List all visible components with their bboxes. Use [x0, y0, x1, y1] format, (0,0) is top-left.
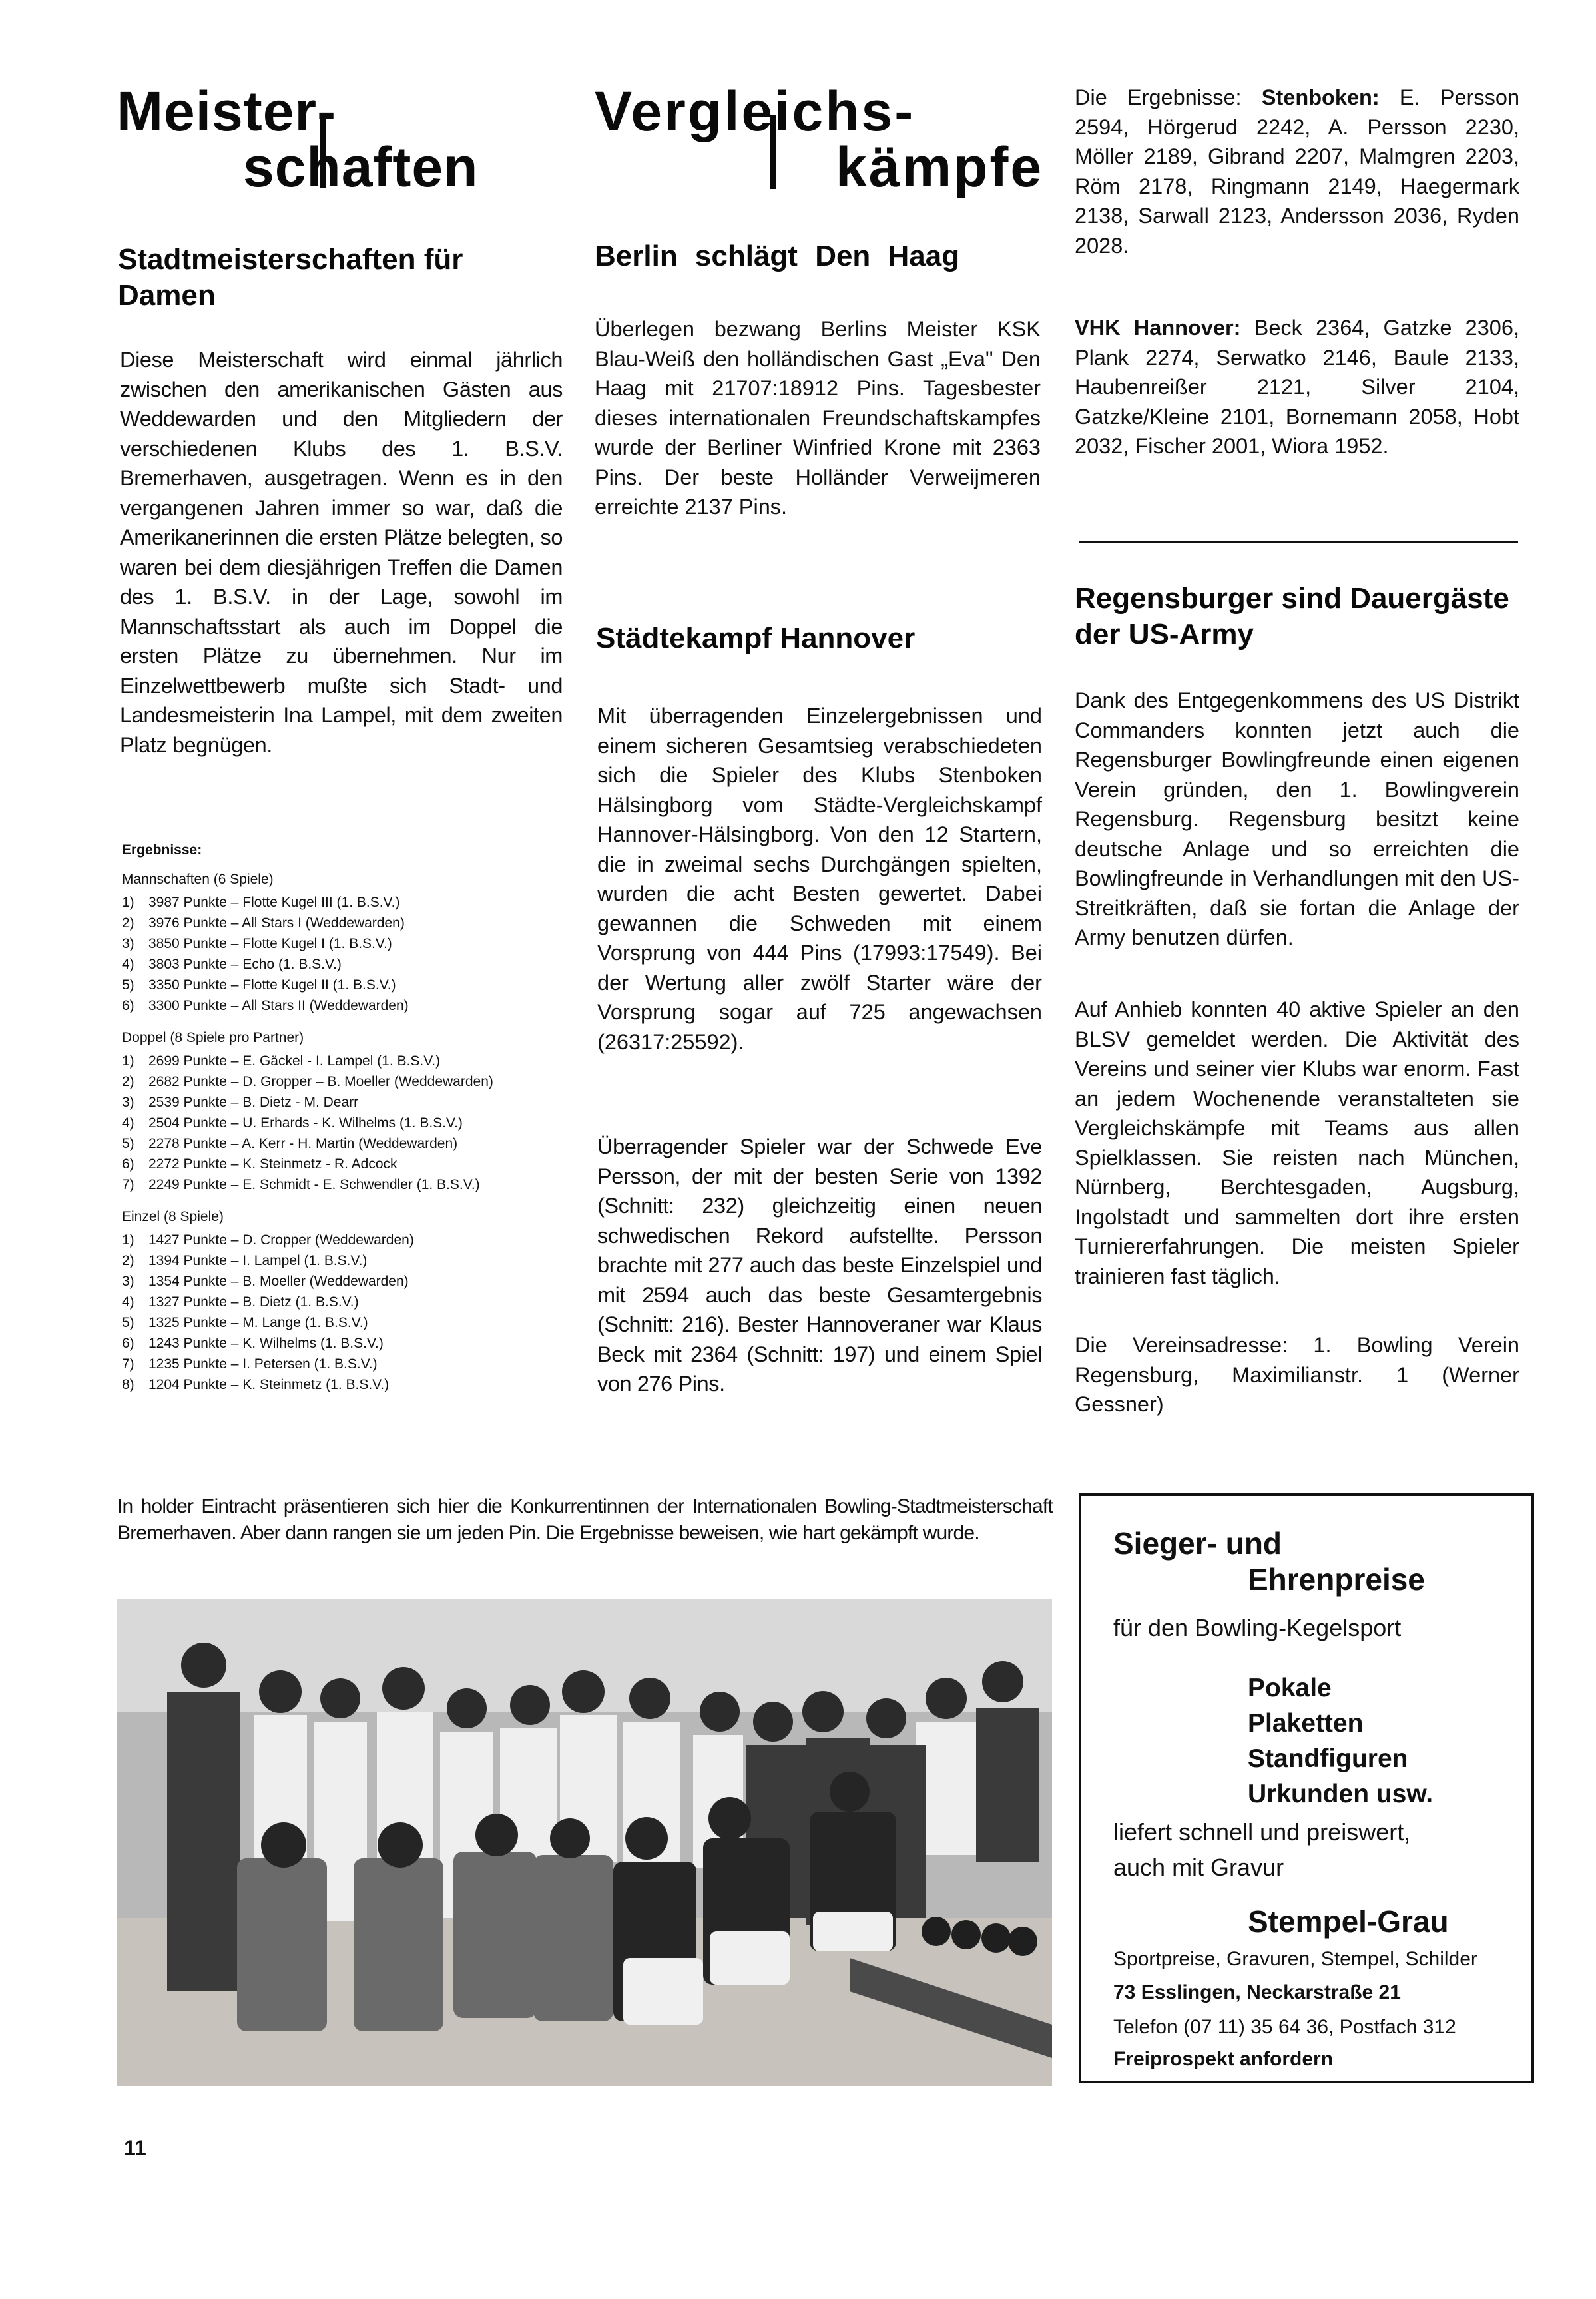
- headline-regensburger: Regensburger sind Dauergäste der US-Army: [1075, 581, 1534, 652]
- ad-address: 73 Esslingen, Neckarstraße 21: [1113, 1979, 1401, 2006]
- results-row: 3)1354 Punkte – B. Moeller (Weddewarden): [122, 1271, 561, 1292]
- section-title-vergleichskaempfe: Vergleichs- kämpfe: [595, 83, 1061, 195]
- stenboken-label: Stenboken:: [1262, 85, 1380, 109]
- section-title-line2: kämpfe: [595, 139, 1061, 195]
- ad-cta: Freiprospekt anfordern: [1113, 2046, 1333, 2073]
- results-list-doppel: 1)2699 Punkte – E. Gäckel - I. Lampel (1…: [122, 1051, 561, 1195]
- results-row: 2)1394 Punkte – I. Lampel (1. B.S.V.): [122, 1250, 561, 1271]
- results-row: 8)1204 Punkte – K. Steinmetz (1. B.S.V.): [122, 1374, 561, 1395]
- ad-contact: Telefon (07 11) 35 64 36, Postfach 312: [1113, 2014, 1456, 2041]
- results-category-title: Mannschaften (6 Spiele): [122, 870, 561, 890]
- results-row: 6)3300 Punkte – All Stars II (Weddewarde…: [122, 995, 561, 1016]
- results-intro: Die Ergebnisse:: [1075, 85, 1242, 109]
- group-photo-icon: [117, 1599, 1052, 2086]
- article-body-berlin-den-haag: Überlegen bezwang Berlins Meister KSK Bl…: [595, 314, 1041, 522]
- title-divider-bar: [770, 115, 776, 189]
- results-list-einzel: 1)1427 Punkte – D. Cropper (Weddewarden)…: [122, 1230, 561, 1395]
- ad-title-line2: Ehrenpreise: [1248, 1561, 1425, 1597]
- results-row: 5)3350 Punkte – Flotte Kugel II (1. B.S.…: [122, 975, 561, 995]
- results-row: 7)1235 Punkte – I. Petersen (1. B.S.V.): [122, 1354, 561, 1374]
- results-heading: Ergebnisse:: [122, 840, 561, 860]
- article-body-staedtekampf-2: Überragender Spieler war der Schwede Eve…: [597, 1132, 1042, 1399]
- headline-staedtekampf-hannover: Städtekampf Hannover: [596, 621, 1042, 656]
- results-category-title: Doppel (8 Spiele pro Partner): [122, 1028, 561, 1048]
- results-row: 6)2272 Punkte – K. Steinmetz - R. Adcock: [122, 1154, 561, 1174]
- results-row: 4)1327 Punkte – B. Dietz (1. B.S.V.): [122, 1292, 561, 1312]
- ad-subtitle: für den Bowling-Kegelsport: [1113, 1611, 1401, 1645]
- ad-item: Pokale: [1248, 1670, 1332, 1706]
- ad-services: Sportpreise, Gravuren, Stempel, Schilder: [1113, 1946, 1477, 1973]
- results-row: 2)2682 Punkte – D. Gropper – B. Moeller …: [122, 1071, 561, 1092]
- headline-berlin-den-haag: Berlin schlägt Den Haag: [595, 238, 1041, 274]
- article-body-regensburg-1: Dank des Entgegenkommens des US Distrikt…: [1075, 686, 1519, 953]
- results-row: 3)2539 Punkte – B. Dietz - M. Dearr: [122, 1092, 561, 1113]
- results-row: 4)2504 Punkte – U. Erhards - K. Wilhelms…: [122, 1113, 561, 1133]
- section-title-line2: schaften: [117, 139, 583, 195]
- section-title-meisterschaften: Meister- schaften: [117, 83, 583, 195]
- stenboken-results: Die Ergebnisse: Stenboken: E. Persson 25…: [1075, 83, 1519, 260]
- stenboken-scores: E. Persson 2594, Hörgerud 2242, A. Perss…: [1075, 85, 1519, 258]
- results-row: 5)1325 Punkte – M. Lange (1. B.S.V.): [122, 1312, 561, 1333]
- results-list-mannschaften: 1)3987 Punkte – Flotte Kugel III (1. B.S…: [122, 892, 561, 1016]
- results-block: Ergebnisse: Mannschaften (6 Spiele) 1)39…: [122, 840, 561, 1395]
- results-row: 2)3976 Punkte – All Stars I (Weddewarden…: [122, 913, 561, 933]
- ad-title-line1: Sieger- und: [1113, 1525, 1282, 1561]
- ad-company-name: Stempel-Grau: [1248, 1904, 1449, 1939]
- results-row: 5)2278 Punkte – A. Kerr - H. Martin (Wed…: [122, 1133, 561, 1154]
- article-body-staedtekampf-1: Mit überragenden Einzelergebnissen und e…: [597, 701, 1042, 1057]
- headline-stadtmeisterschaften: Stadtmeisterschaften für Damen: [118, 242, 531, 314]
- ad-item: Plaketten: [1248, 1706, 1363, 1741]
- ad-delivery-line1: liefert schnell und preiswert,: [1113, 1815, 1410, 1850]
- results-row: 7)2249 Punkte – E. Schmidt - E. Schwendl…: [122, 1174, 561, 1195]
- group-photo: [117, 1599, 1052, 2086]
- results-row: 1)2699 Punkte – E. Gäckel - I. Lampel (1…: [122, 1051, 561, 1071]
- article-body-regensburg-3: Die Vereinsadresse: 1. Bowling Verein Re…: [1075, 1330, 1519, 1419]
- results-row: 4)3803 Punkte – Echo (1. B.S.V.): [122, 954, 561, 975]
- ad-item: Urkunden usw.: [1248, 1776, 1433, 1812]
- section-title-line1: Vergleichs-: [595, 80, 915, 142]
- photo-caption: In holder Eintracht präsentieren sich hi…: [117, 1493, 1053, 1547]
- section-title-line1: Meister-: [117, 80, 336, 142]
- results-row: 6)1243 Punkte – K. Wilhelms (1. B.S.V.): [122, 1333, 561, 1354]
- ad-delivery-line2: auch mit Gravur: [1113, 1850, 1284, 1885]
- results-row: 1)3987 Punkte – Flotte Kugel III (1. B.S…: [122, 892, 561, 913]
- hannover-results: VHK Hannover: Beck 2364, Gatzke 2306, Pl…: [1075, 313, 1519, 461]
- ad-item: Standfiguren: [1248, 1741, 1408, 1776]
- page-number: 11: [124, 2136, 146, 2161]
- advertisement-box: Sieger- und Ehrenpreise für den Bowling-…: [1079, 1493, 1534, 2083]
- column-divider-rule: [1079, 541, 1518, 543]
- results-row: 1)1427 Punkte – D. Cropper (Weddewarden): [122, 1230, 561, 1250]
- article-body-regensburg-2: Auf Anhieb konnten 40 aktive Spieler an …: [1075, 995, 1519, 1291]
- title-divider-bar: [320, 115, 326, 188]
- results-row: 3)3850 Punkte – Flotte Kugel I (1. B.S.V…: [122, 933, 561, 954]
- article-body-stadtmeisterschaften: Diese Meisterschaft wird einmal jährlich…: [120, 345, 563, 760]
- results-category-title: Einzel (8 Spiele): [122, 1207, 561, 1227]
- hannover-label: VHK Hannover:: [1075, 316, 1241, 340]
